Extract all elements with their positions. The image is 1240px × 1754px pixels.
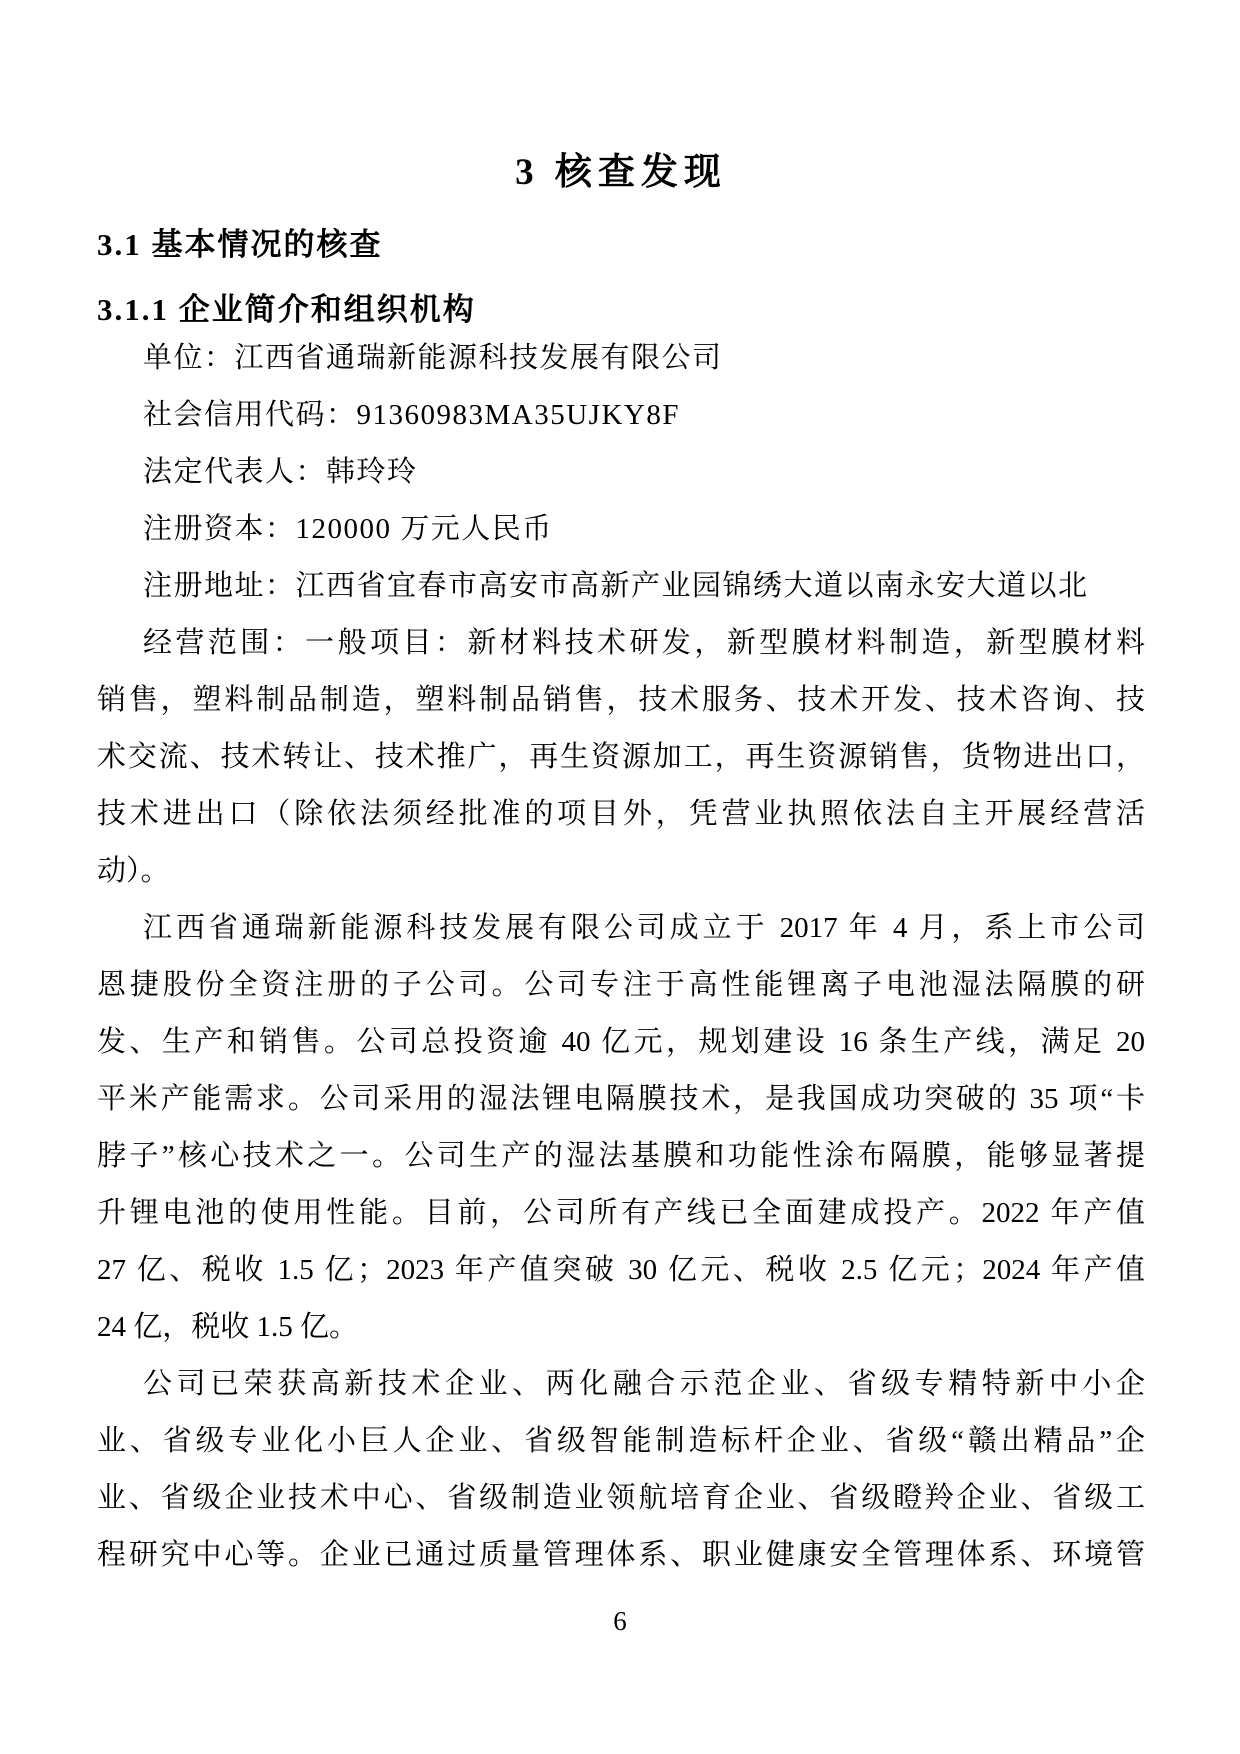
paragraph-line: 经营范围：一般项目：新材料技术研发，新型膜材料制造，新型膜材料 <box>97 615 1145 672</box>
paragraph-line: 发、生产和销售。公司总投资逾 40 亿元，规划建设 16 条生产线，满足 20 <box>97 1014 1145 1071</box>
paragraph-honors: 公司已荣获高新技术企业、两化融合示范企业、省级专精特新中小企 业、省级专业化小巨… <box>97 1356 1145 1584</box>
paragraph-line: 动）。 <box>97 843 1145 900</box>
paragraph-company-profile: 江西省通瑞新能源科技发展有限公司成立于 2017 年 4 月，系上市公司 恩捷股… <box>97 900 1145 1356</box>
paragraph-line: 脖子”核心技术之一。公司生产的湿法基膜和功能性涂布隔膜，能够显著提 <box>97 1128 1145 1185</box>
section-heading-3-1: 3.1 基本情况的核查 <box>97 225 1145 265</box>
document-page: 3 核查发现 3.1 基本情况的核查 3.1.1 企业简介和组织机构 单位：江西… <box>0 0 1240 1754</box>
paragraph-line: 平米产能需求。公司采用的湿法锂电隔膜技术，是我国成功突破的 35 项“卡 <box>97 1071 1145 1128</box>
info-line-credit-code: 社会信用代码：91360983MA35UJKY8F <box>97 387 1145 444</box>
paragraph-line: 24 亿，税收 1.5 亿。 <box>97 1299 1145 1356</box>
info-line-registered-capital: 注册资本：120000 万元人民币 <box>97 501 1145 558</box>
info-line-legal-representative: 法定代表人：韩玲玲 <box>97 444 1145 501</box>
info-line-registered-address: 注册地址：江西省宜春市高安市高新产业园锦绣大道以南永安大道以北 <box>97 558 1145 615</box>
subsection-heading-3-1-1: 3.1.1 企业简介和组织机构 <box>97 290 1145 330</box>
page-content: 3 核查发现 3.1 基本情况的核查 3.1.1 企业简介和组织机构 单位：江西… <box>97 0 1145 1584</box>
paragraph-line: 程研究中心等。企业已通过质量管理体系、职业健康安全管理体系、环境管 <box>97 1527 1145 1584</box>
page-number: 6 <box>0 1606 1240 1636</box>
paragraph-line: 业、省级企业技术中心、省级制造业领航培育企业、省级瞪羚企业、省级工 <box>97 1470 1145 1527</box>
paragraph-line: 业、省级专业化小巨人企业、省级智能制造标杆企业、省级“赣出精品”企 <box>97 1413 1145 1470</box>
chapter-heading: 3 核查发现 <box>97 152 1145 194</box>
paragraph-line: 技术进出口（除依法须经批准的项目外，凭营业执照依法自主开展经营活 <box>97 786 1145 843</box>
paragraph-line: 27 亿、税收 1.5 亿；2023 年产值突破 30 亿元、税收 2.5 亿元… <box>97 1242 1145 1299</box>
paragraph-line: 公司已荣获高新技术企业、两化融合示范企业、省级专精特新中小企 <box>97 1356 1145 1413</box>
paragraph-line: 术交流、技术转让、技术推广，再生资源加工，再生资源销售，货物进出口， <box>97 729 1145 786</box>
paragraph-line: 恩捷股份全资注册的子公司。公司专注于高性能锂离子电池湿法隔膜的研 <box>97 957 1145 1014</box>
paragraph-line: 销售，塑料制品制造，塑料制品销售，技术服务、技术开发、技术咨询、技 <box>97 672 1145 729</box>
paragraph-line: 江西省通瑞新能源科技发展有限公司成立于 2017 年 4 月，系上市公司 <box>97 900 1145 957</box>
body-text-block: 单位：江西省通瑞新能源科技发展有限公司 社会信用代码：91360983MA35U… <box>97 330 1145 1584</box>
paragraph-business-scope: 经营范围：一般项目：新材料技术研发，新型膜材料制造，新型膜材料 销售，塑料制品制… <box>97 615 1145 900</box>
paragraph-line: 升锂电池的使用性能。目前，公司所有产线已全面建成投产。2022 年产值 <box>97 1185 1145 1242</box>
info-line-unit: 单位：江西省通瑞新能源科技发展有限公司 <box>97 330 1145 387</box>
